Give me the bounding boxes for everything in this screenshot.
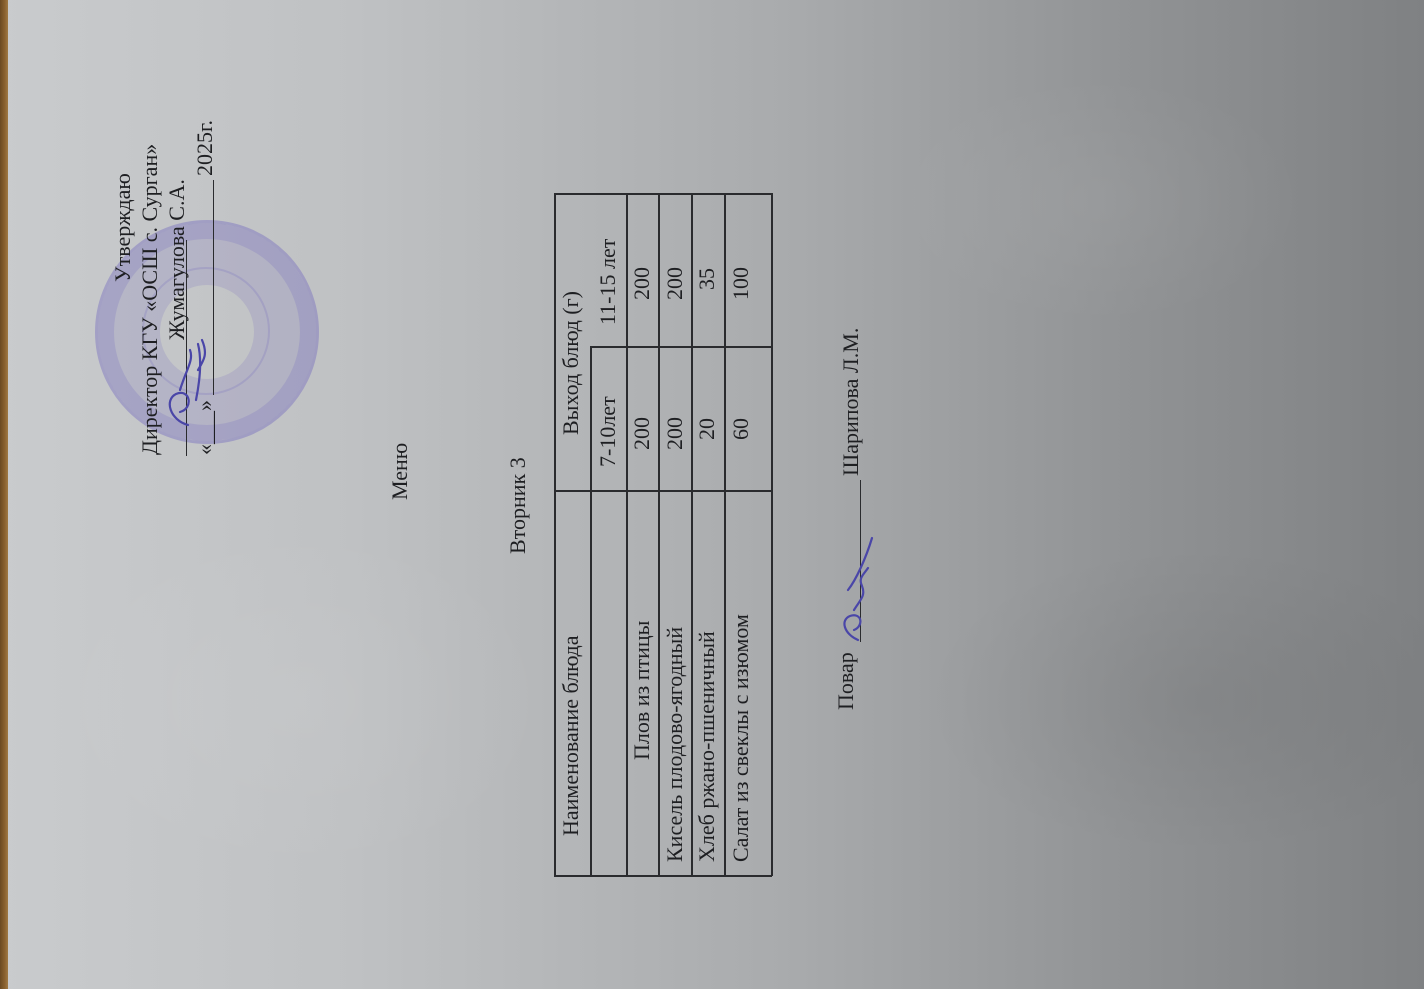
row-2-value-11-15: 200	[664, 267, 686, 300]
row-1-name: Плов из птицы	[631, 621, 653, 760]
row-1-value-7-10: 200	[631, 417, 653, 450]
header-yield: Выход блюд (г)	[560, 291, 582, 435]
document-title: Меню	[389, 443, 411, 500]
row-4-name: Салат из свеклы с изюмом	[730, 614, 752, 862]
date-year: 2025г.	[194, 120, 216, 176]
row-3-value-7-10: 20	[696, 418, 718, 440]
date-line	[213, 180, 214, 395]
header-age-11-15: 11-15 лет	[597, 239, 619, 325]
row-1-value-11-15: 200	[631, 267, 653, 300]
cook-signature-line	[860, 480, 861, 642]
table-surface-edge	[0, 0, 8, 989]
row-2-name: Кисель плодово-ягодный	[664, 627, 686, 862]
cook-signature	[818, 530, 878, 650]
row-3-name: Хлеб ржано-пшеничный	[696, 631, 718, 862]
row-4-value-11-15: 100	[730, 267, 752, 300]
date-prefix: «___»	[194, 400, 216, 455]
row-4-value-7-10: 60	[730, 418, 752, 440]
row-2-value-7-10: 200	[664, 417, 686, 450]
day-label: Вторник 3	[507, 457, 529, 554]
director-name: Жумагулова С.А.	[166, 179, 188, 340]
header-dish-name: Наименование блюда	[560, 636, 582, 836]
cook-name: Шарипова Л.М.	[840, 328, 862, 476]
cook-label: Повар	[835, 652, 857, 710]
row-3-value-11-15: 35	[696, 268, 718, 290]
director-line: Директор КГУ «ОСШ с. Сурган»	[139, 144, 161, 455]
header-age-7-10: 7-10лет	[597, 396, 619, 467]
approve-label: Утверждаю	[112, 173, 134, 282]
